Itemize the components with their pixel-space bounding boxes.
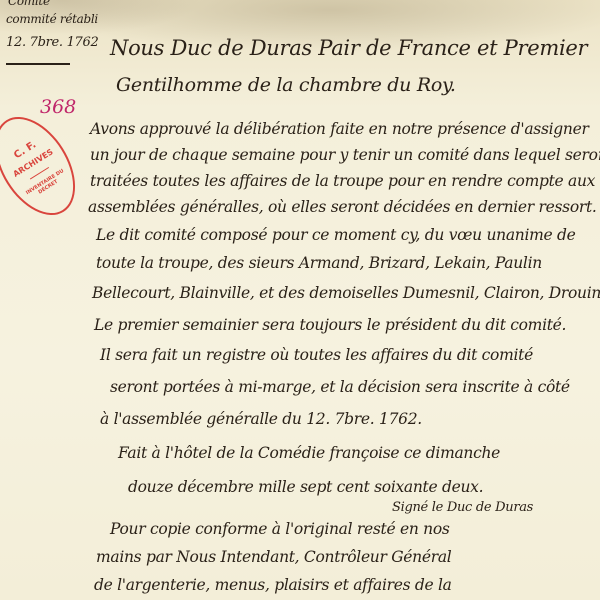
margin-note-line2: commité rétabli bbox=[6, 12, 98, 26]
body-line-7: Bellecourt, Blainville, et des demoisell… bbox=[92, 284, 600, 302]
body-line-6: toute la troupe, des sieurs Armand, Briz… bbox=[96, 254, 542, 272]
signature: Signé le Duc de Duras bbox=[392, 500, 533, 515]
certification-line-3: de l'argenterie, menus, plaisirs et affa… bbox=[94, 576, 452, 594]
certification-line-2: mains par Nous Intendant, Contrôleur Gén… bbox=[96, 548, 451, 566]
heading-line2: Gentilhomme de la chambre du Roy. bbox=[116, 74, 456, 96]
body-line-4: assemblées généralles, où elles seront d… bbox=[88, 198, 597, 216]
margin-underline bbox=[6, 63, 70, 65]
folio-number: 368 bbox=[40, 96, 76, 118]
margin-note-line1: Comité bbox=[8, 0, 50, 8]
body-line-11: à l'assemblée généralle du 12. 7bre. 176… bbox=[100, 410, 422, 428]
body-line-8: Le premier semainier sera toujours le pr… bbox=[94, 316, 566, 334]
margin-note-date: 12. 7bre. 1762 bbox=[6, 36, 98, 50]
closing-line-2: douze décembre mille sept cent soixante … bbox=[128, 478, 483, 496]
body-line-10: seront portées à mi-marge, et la décisio… bbox=[110, 378, 570, 396]
body-line-5: Le dit comité composé pour ce moment cy,… bbox=[96, 226, 576, 244]
body-line-3: traitées toutes les affaires de la troup… bbox=[90, 172, 595, 190]
body-line-1: Avons approuvé la délibération faite en … bbox=[90, 120, 589, 138]
certification-line-1: Pour copie conforme à l'original resté e… bbox=[110, 520, 450, 538]
heading-line1: Nous Duc de Duras Pair de France et Prem… bbox=[110, 36, 587, 60]
body-line-9: Il sera fait un registre où toutes les a… bbox=[100, 346, 533, 364]
body-line-2: un jour de chaque semaine pour y tenir u… bbox=[90, 146, 600, 164]
closing-line-1: Fait à l'hôtel de la Comédie françoise c… bbox=[118, 444, 500, 462]
